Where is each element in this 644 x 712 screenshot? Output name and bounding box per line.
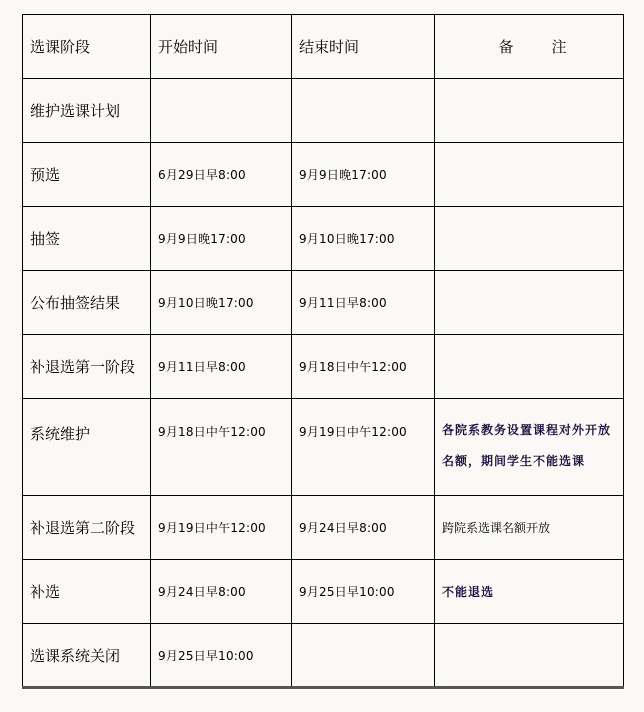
header-start-time: 开始时间 — [151, 15, 292, 79]
end-time-cell: 9月18日中午12:00 — [292, 335, 435, 399]
note-cell: 不能退选 — [435, 560, 624, 624]
end-time-cell — [292, 79, 435, 143]
note-cell — [435, 335, 624, 399]
header-end-time: 结束时间 — [292, 15, 435, 79]
stage-cell: 选课系统关闭 — [23, 624, 151, 688]
table-row: 公布抽签结果 9月10日晚17:00 9月11日早8:00 — [23, 271, 624, 335]
stage-cell: 抽签 — [23, 207, 151, 271]
start-time-cell: 9月9日晚17:00 — [151, 207, 292, 271]
note-cell — [435, 271, 624, 335]
header-note: 备注 — [435, 15, 624, 79]
end-time-cell: 9月10日晚17:00 — [292, 207, 435, 271]
end-time-cell: 9月11日早8:00 — [292, 271, 435, 335]
stage-cell: 补选 — [23, 560, 151, 624]
note-cell — [435, 624, 624, 688]
stage-cell: 补退选第一阶段 — [23, 335, 151, 399]
note-cell — [435, 143, 624, 207]
stage-cell: 系统维护 — [23, 399, 151, 496]
start-time-cell: 9月10日晚17:00 — [151, 271, 292, 335]
note-cell: 跨院系选课名额开放 — [435, 496, 624, 560]
header-row: 选课阶段 开始时间 结束时间 备注 — [23, 15, 624, 79]
stage-cell: 预选 — [23, 143, 151, 207]
start-time-cell: 9月19日中午12:00 — [151, 496, 292, 560]
start-time-cell: 9月24日早8:00 — [151, 560, 292, 624]
header-note-part1: 备 — [498, 38, 513, 56]
stage-cell: 公布抽签结果 — [23, 271, 151, 335]
table-row: 选课系统关闭 9月25日早10:00 — [23, 624, 624, 688]
table-row: 维护选课计划 — [23, 79, 624, 143]
end-time-cell: 9月9日晚17:00 — [292, 143, 435, 207]
stage-cell: 维护选课计划 — [23, 79, 151, 143]
table-row: 预选 6月29日早8:00 9月9日晚17:00 — [23, 143, 624, 207]
header-note-part2: 注 — [552, 38, 567, 56]
table-row: 补选 9月24日早8:00 9月25日早10:00 不能退选 — [23, 560, 624, 624]
end-time-cell — [292, 624, 435, 688]
table-row: 系统维护 9月18日中午12:00 9月19日中午12:00 各院系教务设置课程… — [23, 399, 624, 496]
end-time-cell: 9月25日早10:00 — [292, 560, 435, 624]
start-time-cell — [151, 79, 292, 143]
header-stage: 选课阶段 — [23, 15, 151, 79]
stage-cell: 补退选第二阶段 — [23, 496, 151, 560]
end-time-cell: 9月19日中午12:00 — [292, 399, 435, 496]
start-time-cell: 9月18日中午12:00 — [151, 399, 292, 496]
start-time-cell: 9月11日早8:00 — [151, 335, 292, 399]
note-cell — [435, 79, 624, 143]
course-selection-schedule-table: 选课阶段 开始时间 结束时间 备注 维护选课计划 预选 6月29日早8:00 9… — [22, 14, 624, 689]
start-time-cell: 9月25日早10:00 — [151, 624, 292, 688]
start-time-cell: 6月29日早8:00 — [151, 143, 292, 207]
table-row: 抽签 9月9日晚17:00 9月10日晚17:00 — [23, 207, 624, 271]
note-cell: 各院系教务设置课程对外开放名额，期间学生不能选课 — [435, 399, 624, 496]
table-row: 补退选第二阶段 9月19日中午12:00 9月24日早8:00 跨院系选课名额开… — [23, 496, 624, 560]
end-time-cell: 9月24日早8:00 — [292, 496, 435, 560]
note-cell — [435, 207, 624, 271]
table-row: 补退选第一阶段 9月11日早8:00 9月18日中午12:00 — [23, 335, 624, 399]
